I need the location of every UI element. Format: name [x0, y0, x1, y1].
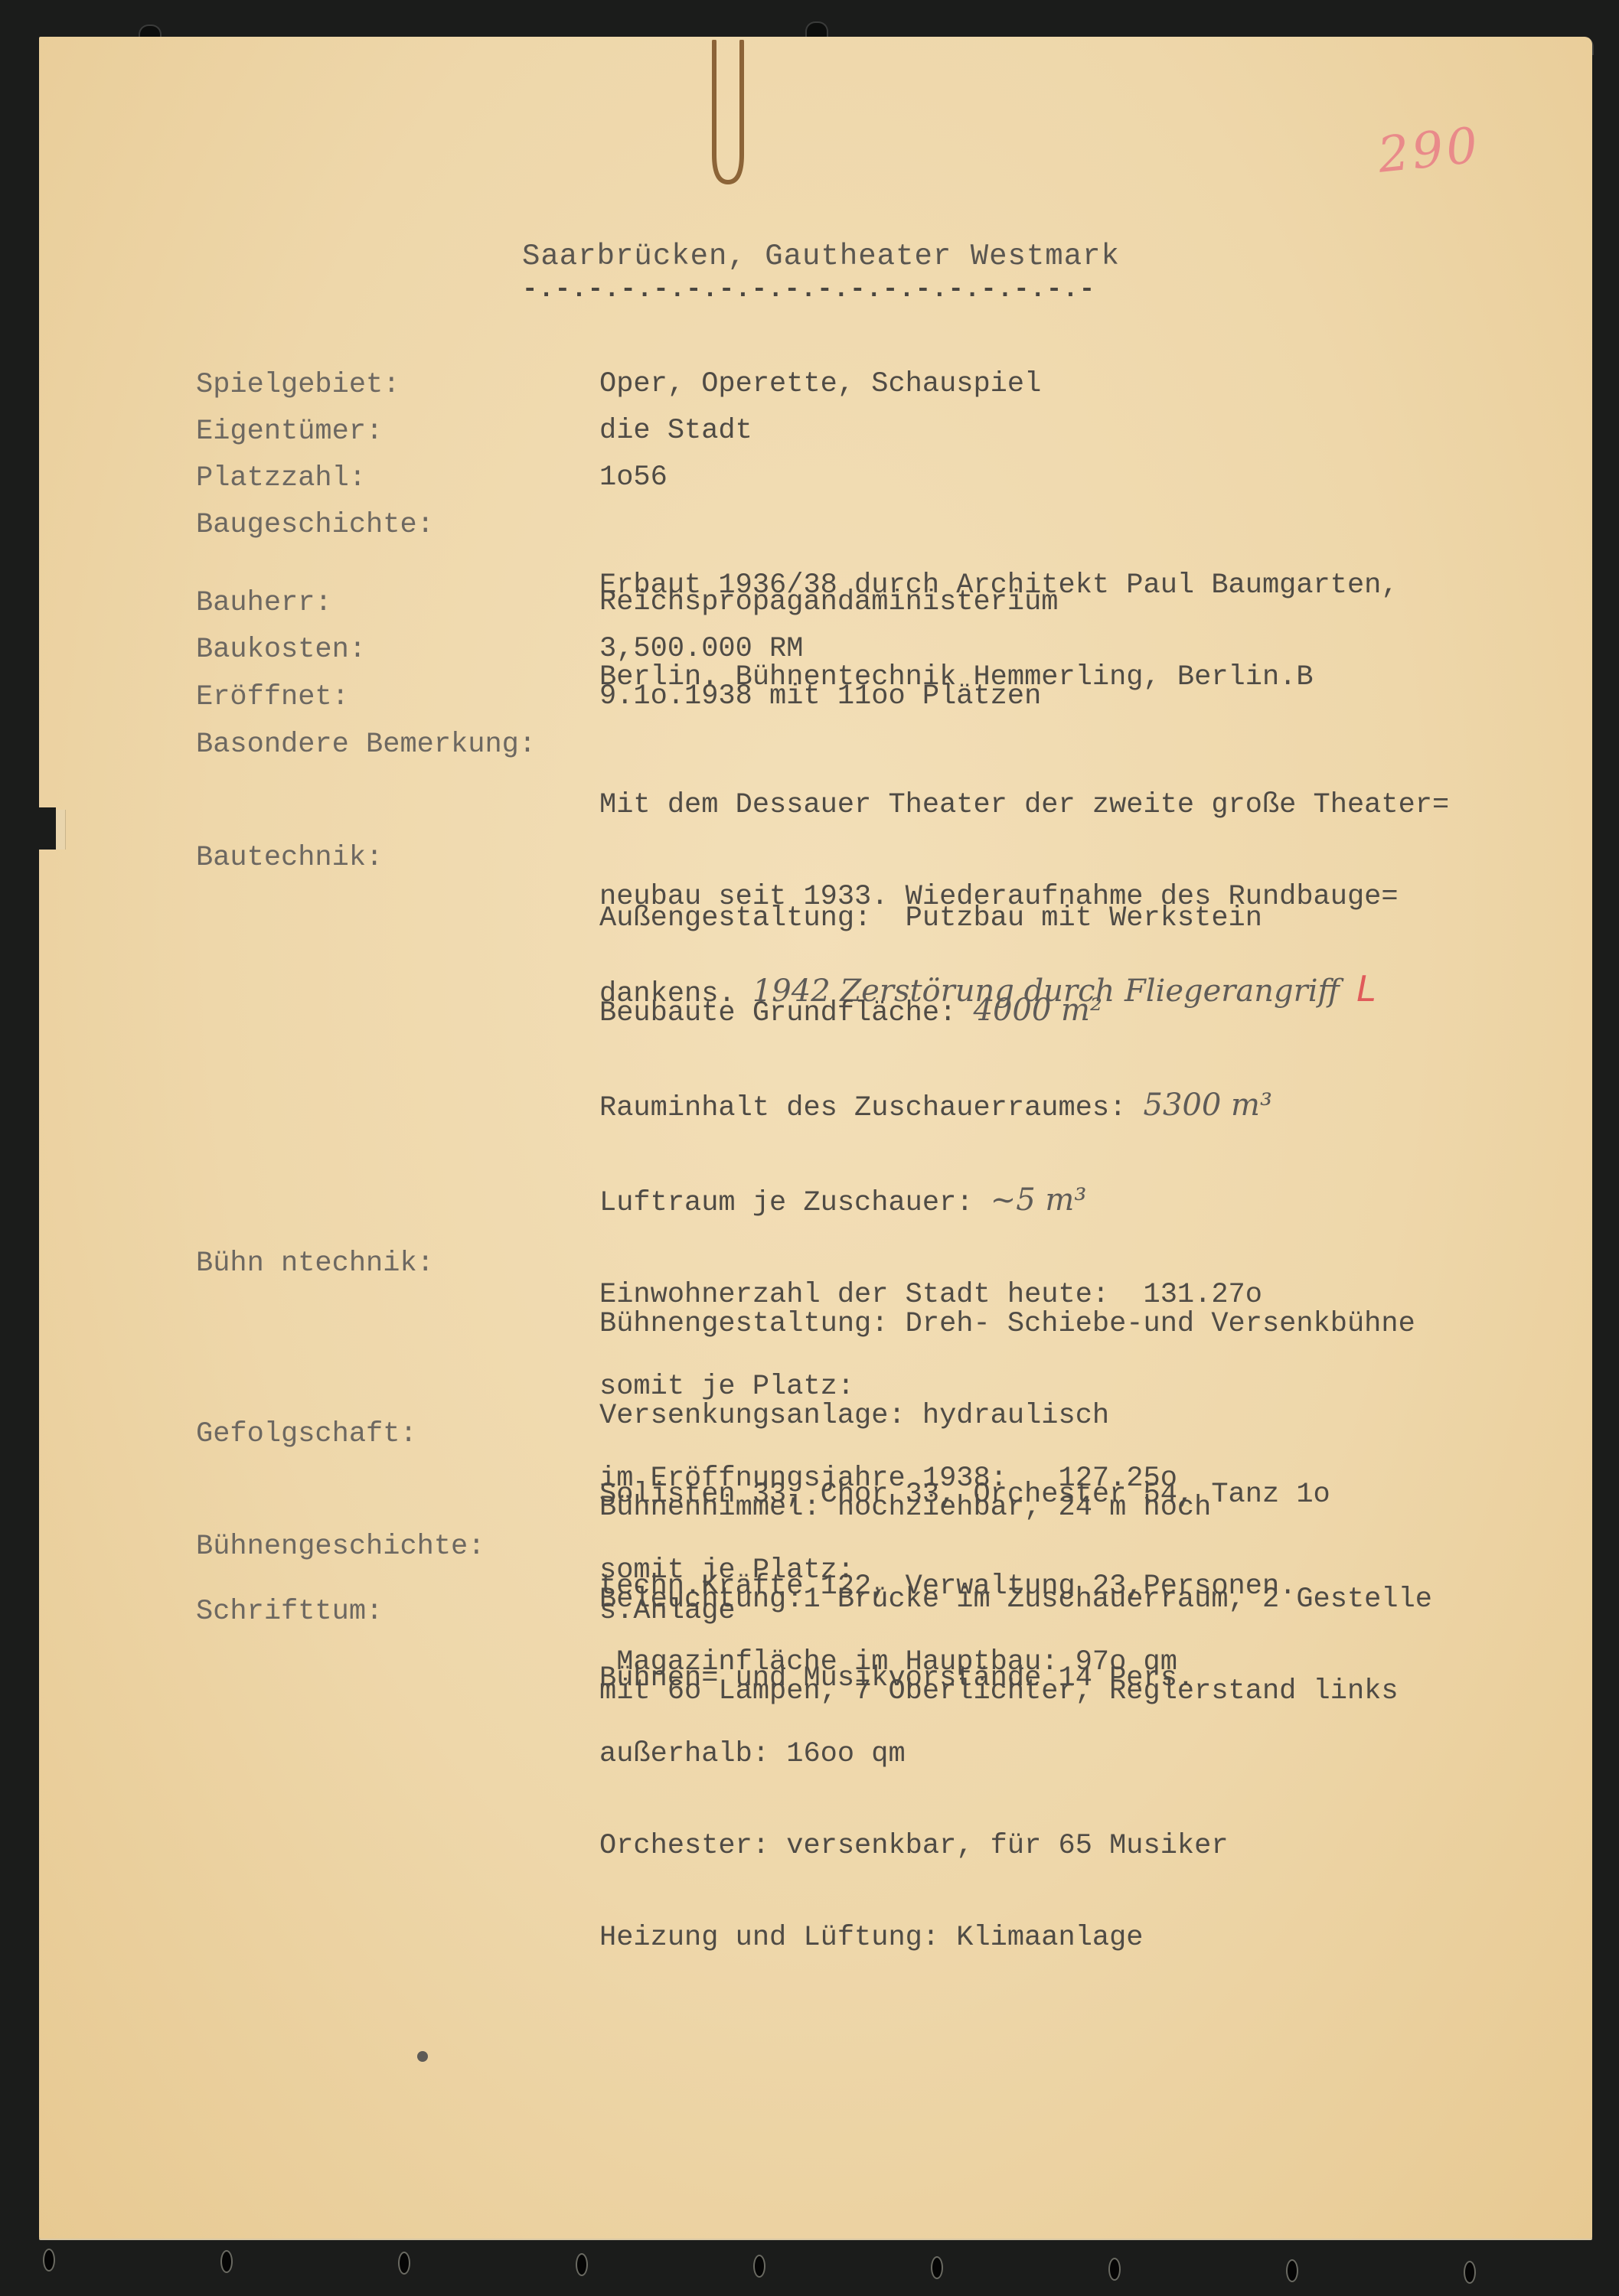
handwritten-value: 5300 m³	[1144, 1088, 1272, 1123]
field-label: Eigentümer:	[196, 416, 383, 448]
field-label: Bauherr:	[196, 587, 332, 619]
red-pencil-mark: L	[1356, 968, 1376, 1009]
mount-hole	[753, 2255, 765, 2278]
field-value: 1o56	[599, 462, 668, 493]
mount-hole	[1464, 2261, 1476, 2284]
paper-clip-mark-icon	[705, 40, 751, 185]
mount-hole	[220, 2250, 233, 2273]
title-underline: -.-.-.-.-.-.-.-.-.-.-.-.-.-.-.-.-.-	[522, 276, 1095, 305]
mount-hole	[1108, 2258, 1121, 2281]
mount-hole	[931, 2256, 943, 2279]
field-label: Spielgebiet:	[196, 369, 400, 401]
field-label: Platzzahl:	[196, 462, 366, 494]
field-label: Baukosten:	[196, 634, 366, 666]
field-value: 3,500.000 RM	[599, 634, 803, 664]
folio-number: 290	[1375, 117, 1483, 184]
paper-notch	[39, 807, 56, 850]
field-label: Basondere Bemerkung:	[196, 729, 536, 761]
mount-hole	[576, 2253, 588, 2276]
field-label: Bühn ntechnik:	[196, 1247, 434, 1280]
field-value: Solisten 33, Chor 33, Orchester 54, Tanz…	[599, 1418, 1330, 1755]
paper-notch-flap	[56, 810, 66, 850]
handwritten-value: 4000 m²	[974, 993, 1102, 1028]
field-value: 9.1o.1938 mit 11oo Plätzen	[599, 681, 1041, 712]
field-label: Gefolgschaft:	[196, 1418, 417, 1450]
field-label: Schrifttum:	[196, 1596, 383, 1628]
field-value: s.Anlage	[599, 1596, 736, 1626]
field-value: Oper, Operette, Schauspiel	[599, 369, 1041, 400]
field-label: Bühnengeschichte:	[196, 1531, 485, 1563]
mount-hole	[1286, 2259, 1298, 2282]
ink-spot	[417, 2051, 428, 2062]
mount-hole	[43, 2249, 55, 2272]
field-value: Reichspropagandaministerium	[599, 587, 1059, 618]
mount-hole	[398, 2252, 410, 2275]
field-label: Bautechnik:	[196, 842, 383, 874]
field-label: Eröffnet:	[196, 681, 349, 713]
field-value: die Stadt	[599, 416, 752, 446]
handwritten-value: ~5 m³	[991, 1182, 1087, 1218]
field-label: Baugeschichte:	[196, 509, 434, 541]
field-value: Erbaut 1936/38 durch Architekt Paul Baum…	[599, 509, 1399, 754]
document-title: Saarbrücken, Gautheater Westmark	[522, 240, 1120, 273]
